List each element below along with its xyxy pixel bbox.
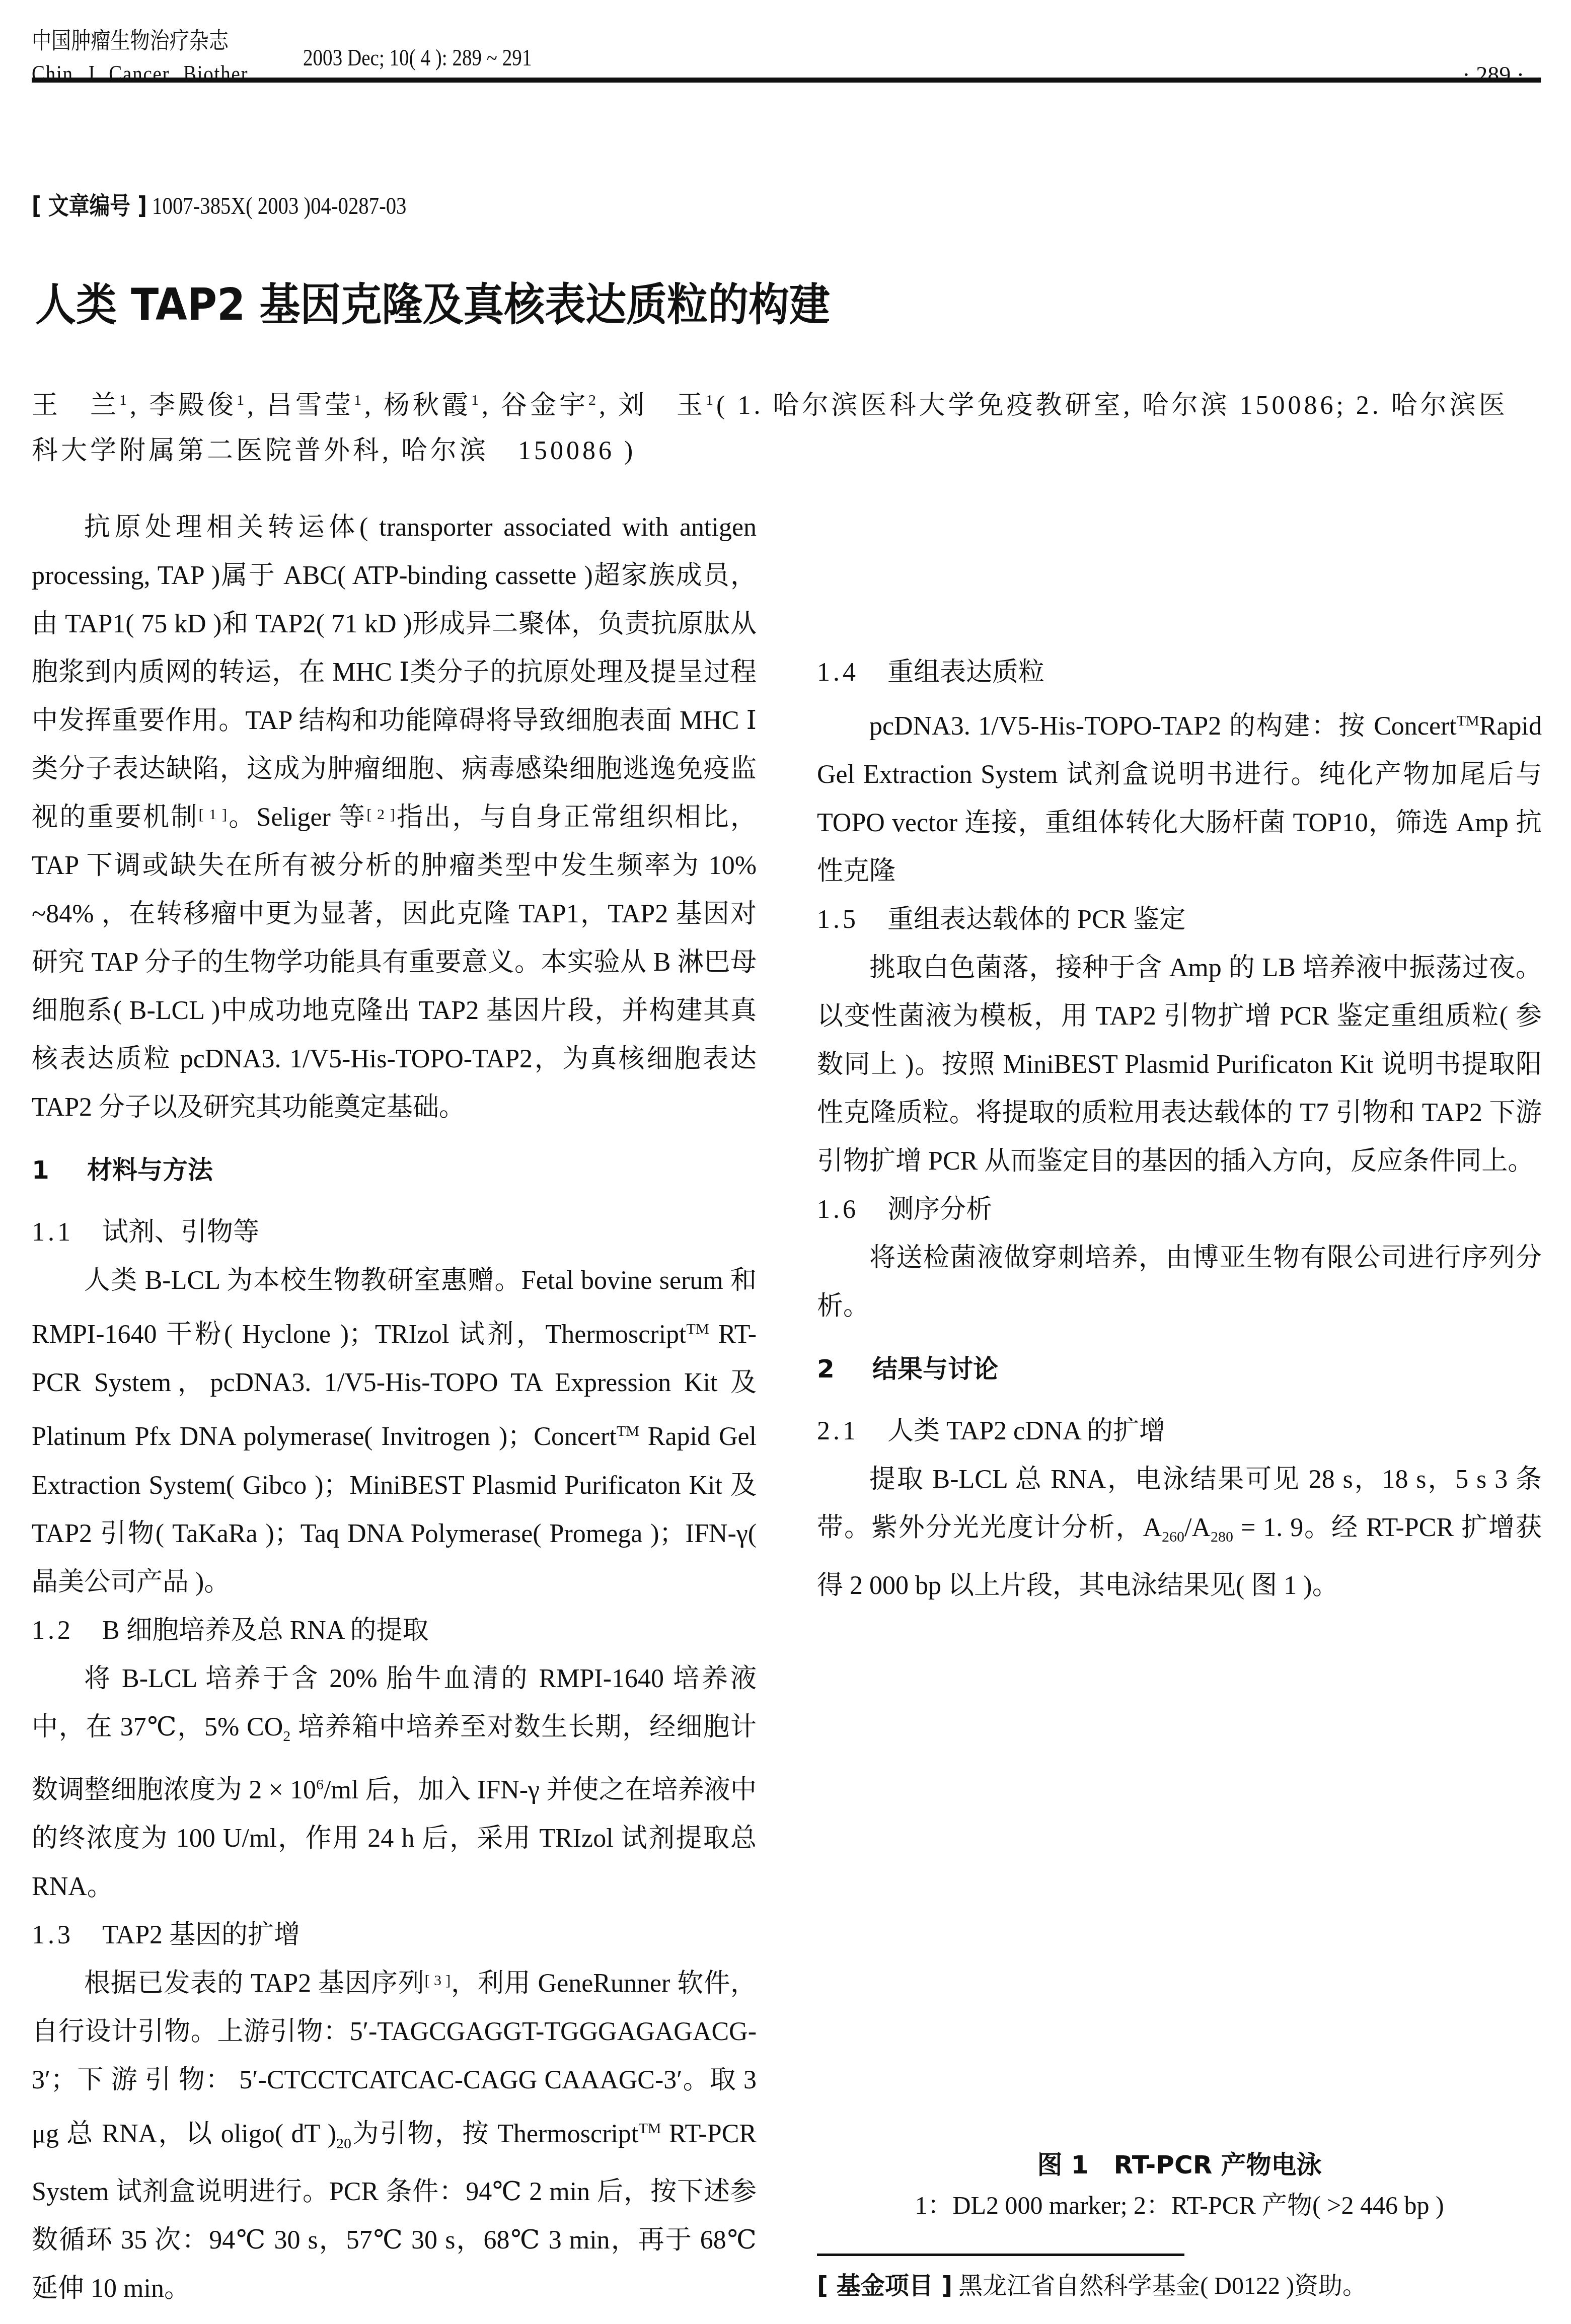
section-title: 材料与方法 <box>87 1155 213 1185</box>
footnote-label: [ 基金项目 ] <box>817 2272 952 2300</box>
article-number-value: 1007-385X( 2003 )04-0287-03 <box>152 193 406 220</box>
text: /A <box>1184 1513 1211 1542</box>
text: 抗原处理相关转运体( transporter associated with a… <box>32 513 757 832</box>
paragraph-2-1: 提取 B-LCL 总 RNA，电泳结果可见 28 s，18 s，5 s 3 条带… <box>817 1456 1542 1610</box>
subsection-number: 1.2 <box>32 1607 102 1655</box>
text: 指出，与自身正常组织相比，TAP 下调或缺失在所有被分析的肿瘤类型中发生频率为 … <box>32 803 757 1122</box>
figure-1-caption: 图 1 RT-PCR 产物电泳 1：DL2 000 marker; 2：RT-P… <box>817 2145 1542 2225</box>
figure-legend: 1：DL2 000 marker; 2：RT-PCR 产物( >2 446 bp… <box>817 2185 1542 2225</box>
trademark-mark: TM <box>1457 712 1479 729</box>
left-column: 抗原处理相关转运体( transporter associated with a… <box>32 503 757 2313</box>
subsection-title: 测序分析 <box>887 1195 992 1224</box>
subsection-number: 1.4 <box>817 648 887 697</box>
affiliations: ( 1. 哈尔滨医科大学免疫教研室, 哈尔滨 150086; 2. 哈尔滨医科大… <box>32 391 1508 465</box>
trademark-mark: TM <box>638 2120 661 2137</box>
right-column-sections: 1.4重组表达质粒 pcDNA3. 1/V5-His-TOPO-TAP2 的构建… <box>817 648 1542 1610</box>
author: 刘 玉 <box>618 391 706 420</box>
author-affiliation-mark: 2 <box>588 392 599 408</box>
subsection-heading-1-2: 1.2B 细胞培养及总 RNA 的提取 <box>32 1607 757 1655</box>
trademark-mark: TM <box>617 1423 639 1439</box>
trademark-mark: TM <box>687 1321 709 1337</box>
subsection-number: 1.6 <box>817 1186 887 1234</box>
subsection-heading-1-3: 1.3TAP2 基因的扩增 <box>32 1911 757 1959</box>
subsection-title: B 细胞培养及总 RNA 的提取 <box>102 1616 429 1645</box>
citation-3[interactable]: [ 3 ] <box>425 1972 451 1989</box>
author: 李殿俊 <box>149 391 237 420</box>
subsection-number: 2.1 <box>817 1407 887 1456</box>
section-number: 1 <box>32 1146 87 1194</box>
article-number: [ 文章编号 ] 1007-385X( 2003 )04-0287-03 <box>32 190 407 222</box>
text: 人类 B-LCL 为本校生物教研室惠赠。Fetal bovine serum 和… <box>32 1266 757 1349</box>
text: 。Seliger 等 <box>227 803 366 832</box>
article-title: 人类 TAP2 基因克隆及真核表达质粒的构建 <box>35 277 830 332</box>
author-affiliation-mark: 1 <box>237 392 247 408</box>
author-line: 王 兰1, 李殿俊1, 吕雪莹1, 杨秋霞1, 谷金宇2, 刘 玉1( 1. 哈… <box>32 378 1537 474</box>
paragraph-1-2: 将 B-LCL 培养于含 20% 胎牛血清的 RMPI-1640 培养液中，在 … <box>32 1655 757 1912</box>
intro-paragraph: 抗原处理相关转运体( transporter associated with a… <box>32 503 757 1132</box>
subsection-title: TAP2 基因的扩增 <box>102 1921 300 1949</box>
superscript: 6 <box>316 1776 324 1793</box>
header-rule <box>32 78 1541 83</box>
funding-footnote: [ 基金项目 ] 黑龙江省自然科学基金( D0122 )资助。 <box>817 2268 1367 2304</box>
citation-2[interactable]: [ 2 ] <box>366 806 395 823</box>
author: 王 兰 <box>32 391 119 420</box>
subsection-heading-1-4: 1.4重组表达质粒 <box>817 648 1542 697</box>
footnote-rule <box>817 2254 1184 2256</box>
subsection-title: 试剂、引物等 <box>102 1218 259 1247</box>
paragraph-1-6: 将送检菌液做穿刺培养，由博亚生物有限公司进行序列分析。 <box>817 1234 1542 1331</box>
subsection-heading-2-1: 2.1人类 TAP2 cDNA 的扩增 <box>817 1407 1542 1456</box>
section-number: 2 <box>817 1345 872 1393</box>
author-affiliation-mark: 1 <box>471 392 482 408</box>
subsection-title: 人类 TAP2 cDNA 的扩增 <box>887 1417 1165 1445</box>
subsection-heading-1-1: 1.1试剂、引物等 <box>32 1208 757 1257</box>
subsection-number: 1.1 <box>32 1208 102 1257</box>
author: 杨秋霞 <box>384 391 471 420</box>
author: 吕雪莹 <box>266 391 354 420</box>
figure-1-image-area <box>817 1687 1542 2130</box>
journal-name-en: Chin J Cancer Biother <box>32 59 248 89</box>
paragraph-1-3: 根据已发表的 TAP2 基因序列[ 3 ]，利用 GeneRunner 软件，自… <box>32 1959 757 2313</box>
subsection-title: 重组表达载体的 PCR 鉴定 <box>887 905 1185 934</box>
author-affiliation-mark: 1 <box>354 392 364 408</box>
issue-info: 2003 Dec; 10( 4 ): 289 ~ 291 <box>303 43 532 72</box>
footnote-text: 黑龙江省自然科学基金( D0122 )资助。 <box>958 2273 1367 2299</box>
journal-name-cn: 中国肿瘤生物治疗杂志 <box>32 26 229 55</box>
text: 根据已发表的 TAP2 基因序列 <box>84 1969 425 1998</box>
subscript: 280 <box>1211 1529 1233 1546</box>
paragraph-1-5: 挑取白色菌落，接种于含 Amp 的 LB 培养液中振荡过夜。以变性菌液为模板，用… <box>817 944 1542 1186</box>
subscript: 20 <box>336 2135 351 2152</box>
figure-title: 图 1 RT-PCR 产物电泳 <box>817 2145 1542 2185</box>
page-number: · 289 · <box>1462 60 1524 90</box>
paragraph-1-4: pcDNA3. 1/V5-His-TOPO-TAP2 的构建：按 Concert… <box>817 697 1542 896</box>
text: 为引物，按 Thermoscript <box>351 2120 638 2149</box>
author-affiliation-mark: 1 <box>119 392 130 408</box>
subsection-heading-1-5: 1.5重组表达载体的 PCR 鉴定 <box>817 896 1542 944</box>
subsection-heading-1-6: 1.6测序分析 <box>817 1186 1542 1234</box>
section-heading-1: 1材料与方法 <box>32 1146 757 1194</box>
subscript: 260 <box>1162 1529 1184 1546</box>
citation-1[interactable]: [ 1 ] <box>199 806 227 823</box>
section-heading-2: 2结果与讨论 <box>817 1345 1542 1393</box>
section-title: 结果与讨论 <box>872 1354 998 1384</box>
article-number-label: [ 文章编号 ] <box>32 192 147 220</box>
author: 谷金宇 <box>501 391 588 420</box>
author-affiliation-mark: 1 <box>706 392 716 408</box>
subsection-number: 1.3 <box>32 1911 102 1959</box>
subsection-title: 重组表达质粒 <box>887 658 1044 687</box>
paragraph-1-1: 人类 B-LCL 为本校生物教研室惠赠。Fetal bovine serum 和… <box>32 1257 757 1607</box>
text: pcDNA3. 1/V5-His-TOPO-TAP2 的构建：按 Concert <box>869 712 1457 741</box>
subsection-number: 1.5 <box>817 896 887 944</box>
subscript: 2 <box>283 1728 290 1745</box>
